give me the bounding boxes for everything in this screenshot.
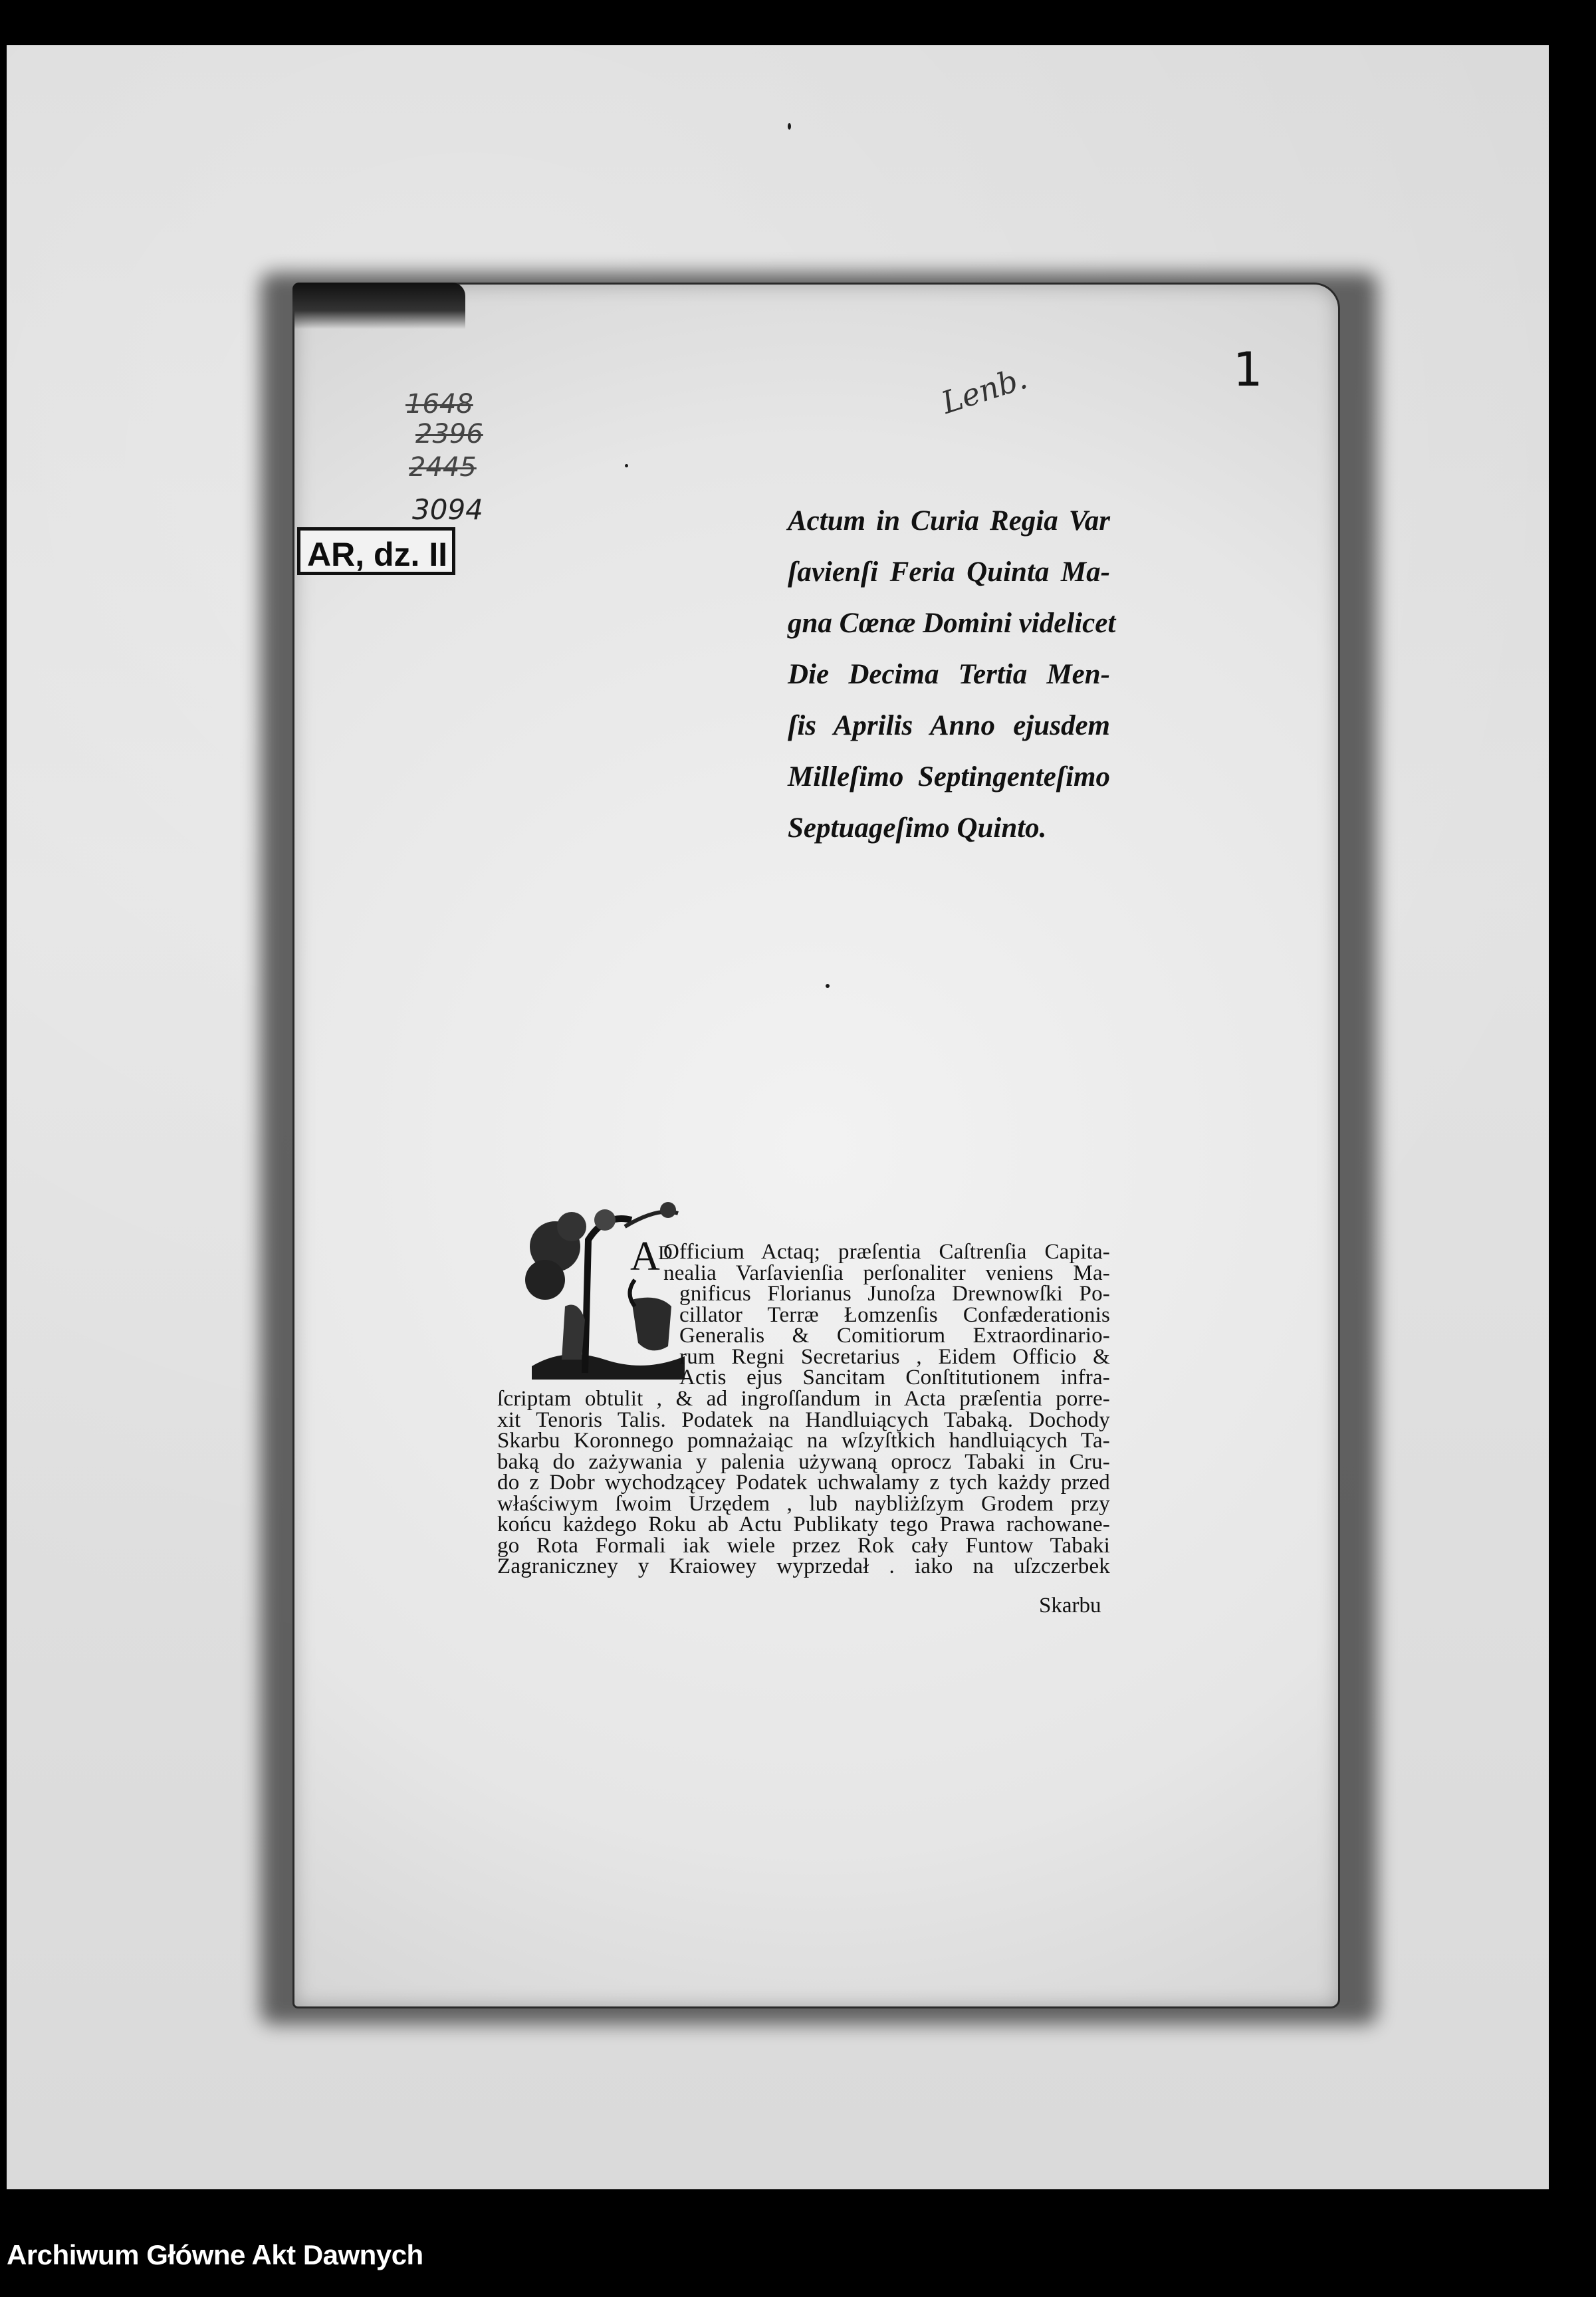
body-line: do z Dobr wychodzącey Podatek uchwalamy … <box>497 1473 1110 1494</box>
inventory-number-struck-1: 1648 <box>405 389 473 420</box>
paper-speck <box>788 123 791 130</box>
paper-damage-corner <box>292 283 465 329</box>
body-line: Officium Actaq; præſentia Caſtrenſia Cap… <box>663 1242 1110 1263</box>
body-line: go Rota Formali iak wiele przez Rok cały… <box>497 1536 1110 1557</box>
body-text-full: ſcriptam obtulit , & ad ingroſſandum in … <box>497 1389 1110 1578</box>
body-line: cillator Terræ Łomzenſis Confæderationis <box>679 1305 1110 1326</box>
catchword: Skarbu <box>1039 1594 1101 1618</box>
body-text-indented: Officium Actaq; præſentia Caſtrenſia Cap… <box>679 1242 1110 1389</box>
dateline-line: gna Cœnæ Domini videlicet <box>788 598 1110 649</box>
dateline-line: ſis Aprilis Anno ejusdem <box>788 700 1110 751</box>
body-line: Skarbu Koronnego pomnażaiąc na wſzyſtkic… <box>497 1431 1110 1452</box>
dateline-line: Actum in Curia Regia Var <box>788 495 1110 546</box>
inventory-number-struck-3: 2445 <box>409 452 477 483</box>
folio-number: 1 <box>1233 342 1263 397</box>
dateline-line: ſavienſi Feria Quinta Ma- <box>788 546 1110 598</box>
body-line: końcu każdego Roku ab Actu Publikaty teg… <box>497 1514 1110 1536</box>
dateline-line: Milleſimo Septingenteſimo <box>788 751 1110 802</box>
body-line: xit Tenoris Talis. Podatek na Handluiący… <box>497 1410 1110 1431</box>
body-line: gnificus Florianus Junoſza Drewnowſki Po… <box>679 1284 1110 1305</box>
archive-watermark-label: Archiwum Główne Akt Dawnych <box>7 2239 423 2271</box>
body-line: właściwym ſwoim Urzędem , lub naybliżſzy… <box>497 1494 1110 1515</box>
document-dateline: Actum in Curia Regia Var ſavienſi Feria … <box>788 495 1110 854</box>
inventory-number-current: 3094 <box>412 493 483 526</box>
inventory-number-struck-2: 2396 <box>415 419 483 449</box>
body-line: ſcriptam obtulit , & ad ingroſſandum in … <box>497 1389 1110 1410</box>
drop-cap-initial: A <box>630 1233 660 1280</box>
body-line: nealia Varſavienſia perſonaliter veniens… <box>663 1263 1110 1284</box>
dateline-line: Die Decima Tertia Men- <box>788 649 1110 700</box>
body-line: rum Regni Secretarius , Eidem Officio & <box>679 1347 1110 1368</box>
body-line: baką do zażywania y palenia używaną opro… <box>497 1452 1110 1473</box>
woodcut-initial-illustration-icon <box>525 1200 691 1386</box>
archive-stamp: AR, dz. II <box>297 527 455 575</box>
paper-speck <box>826 984 830 988</box>
dateline-line: Septuageſimo Quinto. <box>788 802 1110 854</box>
body-line: Generalis & Comitiorum Extraordinario- <box>679 1326 1110 1347</box>
body-line: Actis ejus Sancitam Conſtitutionem infra… <box>679 1368 1110 1389</box>
body-line: Zagraniczney y Kraiowey wyprzedał . iako… <box>497 1556 1110 1578</box>
paper-speck <box>625 464 628 467</box>
